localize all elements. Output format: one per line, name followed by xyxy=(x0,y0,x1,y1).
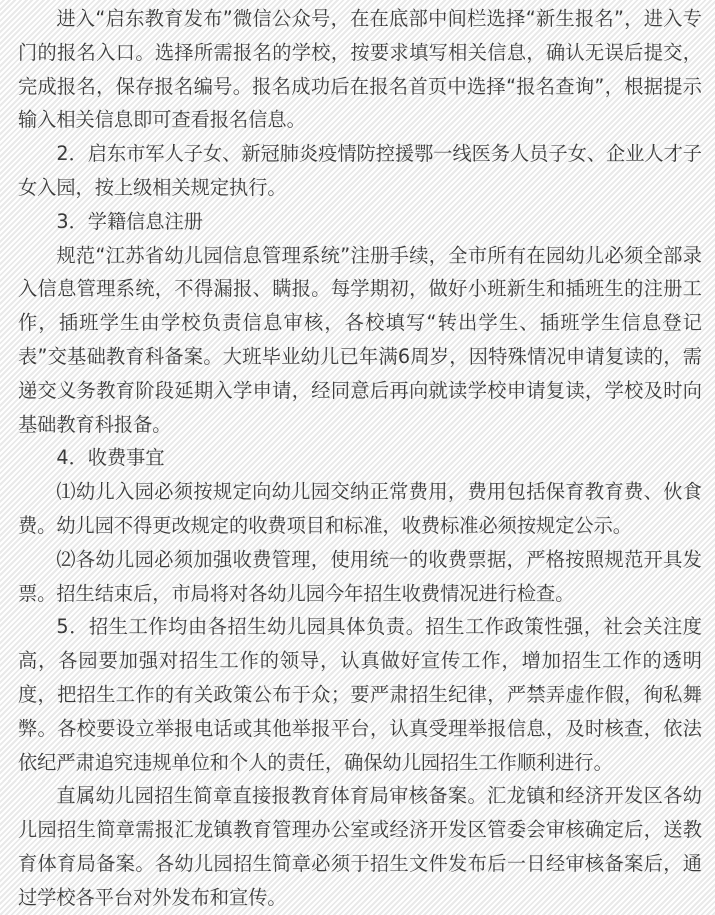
paragraph-fees-1: ⑴幼儿入园必须按规定向幼儿园交纳正常费用，费用包括保育教育费、伙食费。幼儿园不得… xyxy=(18,475,702,543)
paragraph-fees-2: ⑵各幼儿园必须加强收费管理，使用统一的收费票据，严格按照规范开具发票。招生结束后… xyxy=(18,543,702,611)
paragraph-item-2-special-admission: 2．启东市军人子女、新冠肺炎疫情防控援鄂一线医务人员子女、企业人才子女入园，按上… xyxy=(18,137,702,205)
document-body: 进入“启东教育发布”微信公众号，在在底部中间栏选择“新生报名”，进入专门的报名入… xyxy=(18,2,702,781)
section-heading-fees: 4．收费事宜 xyxy=(18,441,702,475)
paragraph-item-5-responsibility: 5．招生工作均由各招生幼儿园具体负责。招生工作政策性强，社会关注度高，各园要加强… xyxy=(18,610,702,779)
paragraph-student-registration: 规范“江苏省幼儿园信息管理系统”注册手续，全市所有在园幼儿必须全部录入信息管理系… xyxy=(18,239,702,442)
paragraph-registration-entry: 进入“启东教育发布”微信公众号，在在底部中间栏选择“新生报名”，进入专门的报名入… xyxy=(18,2,702,137)
section-heading-student-registration: 3．学籍信息注册 xyxy=(18,205,702,239)
